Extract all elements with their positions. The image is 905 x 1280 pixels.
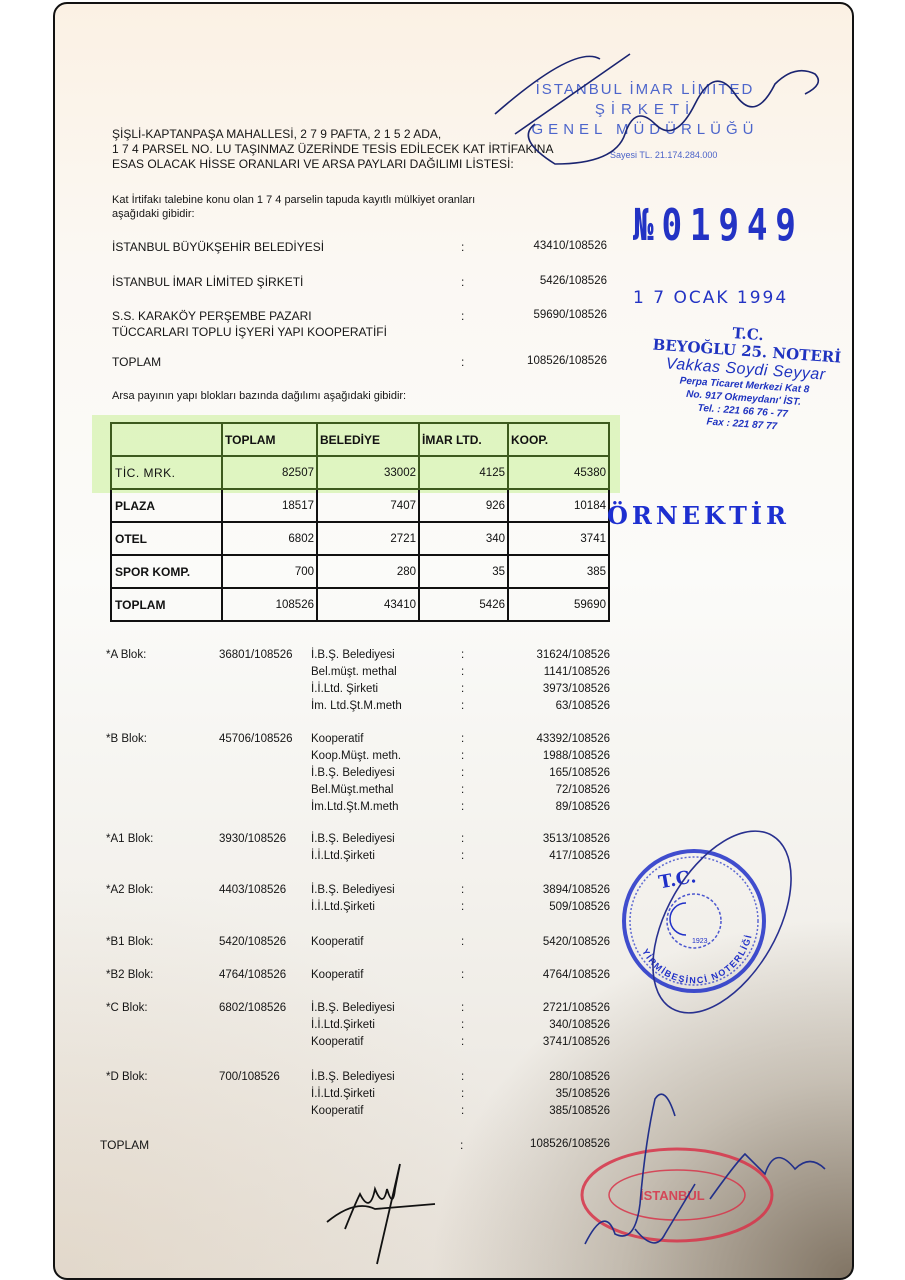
signature-bottom-center [327, 1164, 435, 1264]
seals-and-signatures: T.C. 1923 YİRMİBEŞİNCİ NOTERLİĞİ İSTANBU… [55, 4, 852, 1278]
red-oval-stamp: İSTANBUL [582, 1149, 772, 1241]
svg-text:1923: 1923 [692, 938, 708, 945]
signature-top-right [495, 54, 818, 164]
signature-bottom-right [585, 1094, 825, 1244]
document-page: İSTANBUL İMAR LİMİTED ŞİRKETİ GENEL MÜDÜ… [53, 2, 854, 1280]
round-seal-icon: T.C. 1923 YİRMİBEŞİNCİ NOTERLİĞİ [624, 851, 764, 991]
red-stamp-text: İSTANBUL [640, 1188, 705, 1203]
signature-loop [624, 808, 819, 1036]
